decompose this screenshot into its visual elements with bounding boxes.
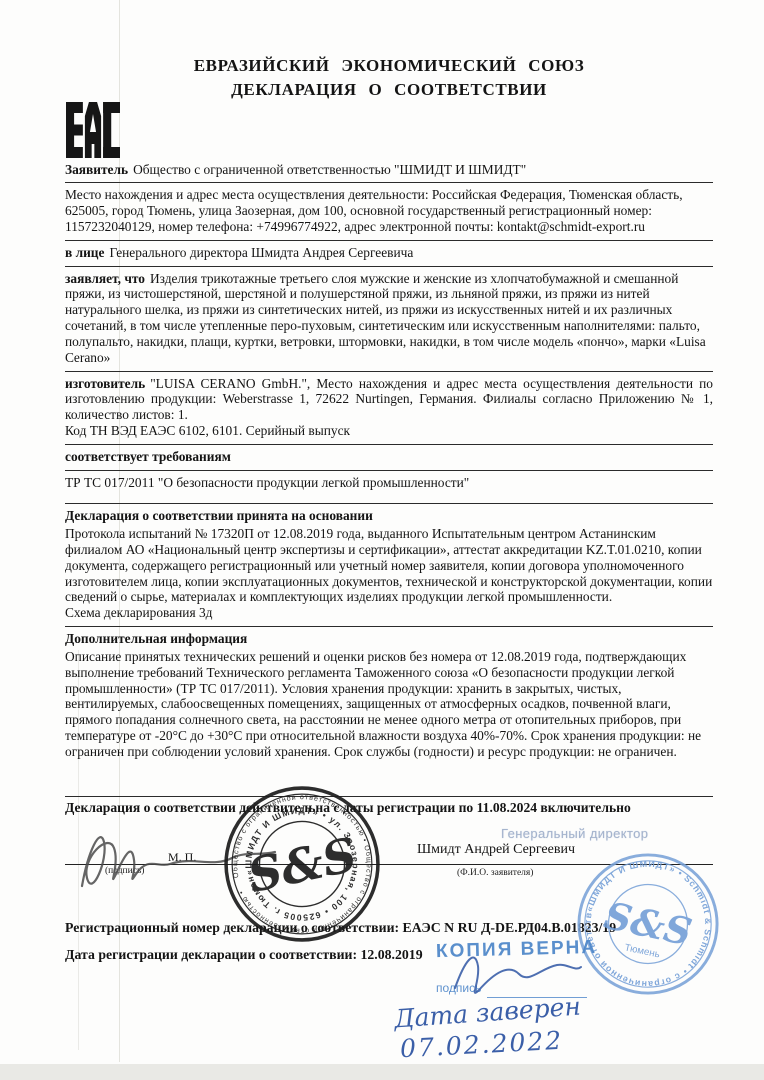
- basis-paragraph: Протокола испытаний № 17320П от 12.08.20…: [65, 526, 713, 605]
- divider: [65, 266, 713, 267]
- declares-label: заявляет, что: [65, 271, 145, 286]
- person-label: в лице: [65, 245, 104, 260]
- scheme-line: Схема декларирования 3д: [65, 605, 713, 621]
- address-paragraph: Место нахождения и адрес места осуществл…: [65, 187, 713, 234]
- divider: [65, 240, 713, 241]
- regulation-line: ТР ТС 017/2011 "О безопасности продукции…: [65, 475, 713, 499]
- declares-value: Изделия трикотажные третьего слоя мужски…: [65, 271, 706, 365]
- applicant-value: Общество с ограниченной ответственностью…: [133, 162, 526, 177]
- divider: [65, 503, 713, 504]
- manufacturer-label: изготовитель: [65, 376, 145, 391]
- tnved-line: Код ТН ВЭД ЕАЭС 6102, 6101. Серийный вып…: [65, 423, 713, 439]
- director-ghost-stamp-text: Генеральный директор: [501, 826, 648, 841]
- additional-paragraph: Описание принятых технических решений и …: [65, 649, 713, 760]
- person-row: в лицеГенерального директора Шмидта Андр…: [65, 245, 713, 261]
- divider: [65, 626, 713, 627]
- additional-heading: Дополнительная информация: [65, 631, 713, 647]
- union-title: ЕВРАЗИЙСКИЙ ЭКОНОМИЧЕСКИЙ СОЮЗ: [65, 54, 713, 78]
- manufacturer-value: "LUISA CERANO GmbH.", Место нахождения и…: [65, 376, 713, 423]
- fio-caption: (Ф.И.О. заявителя): [457, 868, 533, 878]
- company-round-stamp-black: Общество с ограниченной ответственностью…: [206, 768, 398, 960]
- applicant-row: ЗаявительОбщество с ограниченной ответст…: [65, 162, 713, 178]
- divider: [65, 470, 713, 471]
- divider: [65, 796, 713, 797]
- manufacturer-paragraph: изготовитель"LUISA CERANO GmbH.", Место …: [65, 376, 713, 423]
- divider: [65, 444, 713, 445]
- basis-heading: Декларация о соответствии принята на осн…: [65, 508, 713, 524]
- divider: [65, 371, 713, 372]
- document-title: ДЕКЛАРАЦИЯ О СООТВЕТСТВИИ: [65, 78, 713, 102]
- declares-paragraph: заявляет, чтоИзделия трикотажные третьег…: [65, 271, 713, 366]
- document-body: ЕВРАЗИЙСКИЙ ЭКОНОМИЧЕСКИЙ СОЮЗ ДЕКЛАРАЦИ…: [65, 0, 713, 760]
- scan-bottom-edge: [0, 1064, 764, 1080]
- person-value: Генерального директора Шмидта Андрея Сер…: [109, 245, 413, 260]
- applicant-label: Заявитель: [65, 162, 128, 177]
- declaration-document: ЕАС ЕВРАЗИЙСКИЙ ЭКОНОМИЧЕСКИЙ СОЮЗ ДЕКЛА…: [0, 0, 764, 1080]
- complies-heading: соответствует требованиям: [65, 449, 713, 465]
- divider: [65, 182, 713, 183]
- signer-name: Шмидт Андрей Сергеевич: [417, 842, 575, 858]
